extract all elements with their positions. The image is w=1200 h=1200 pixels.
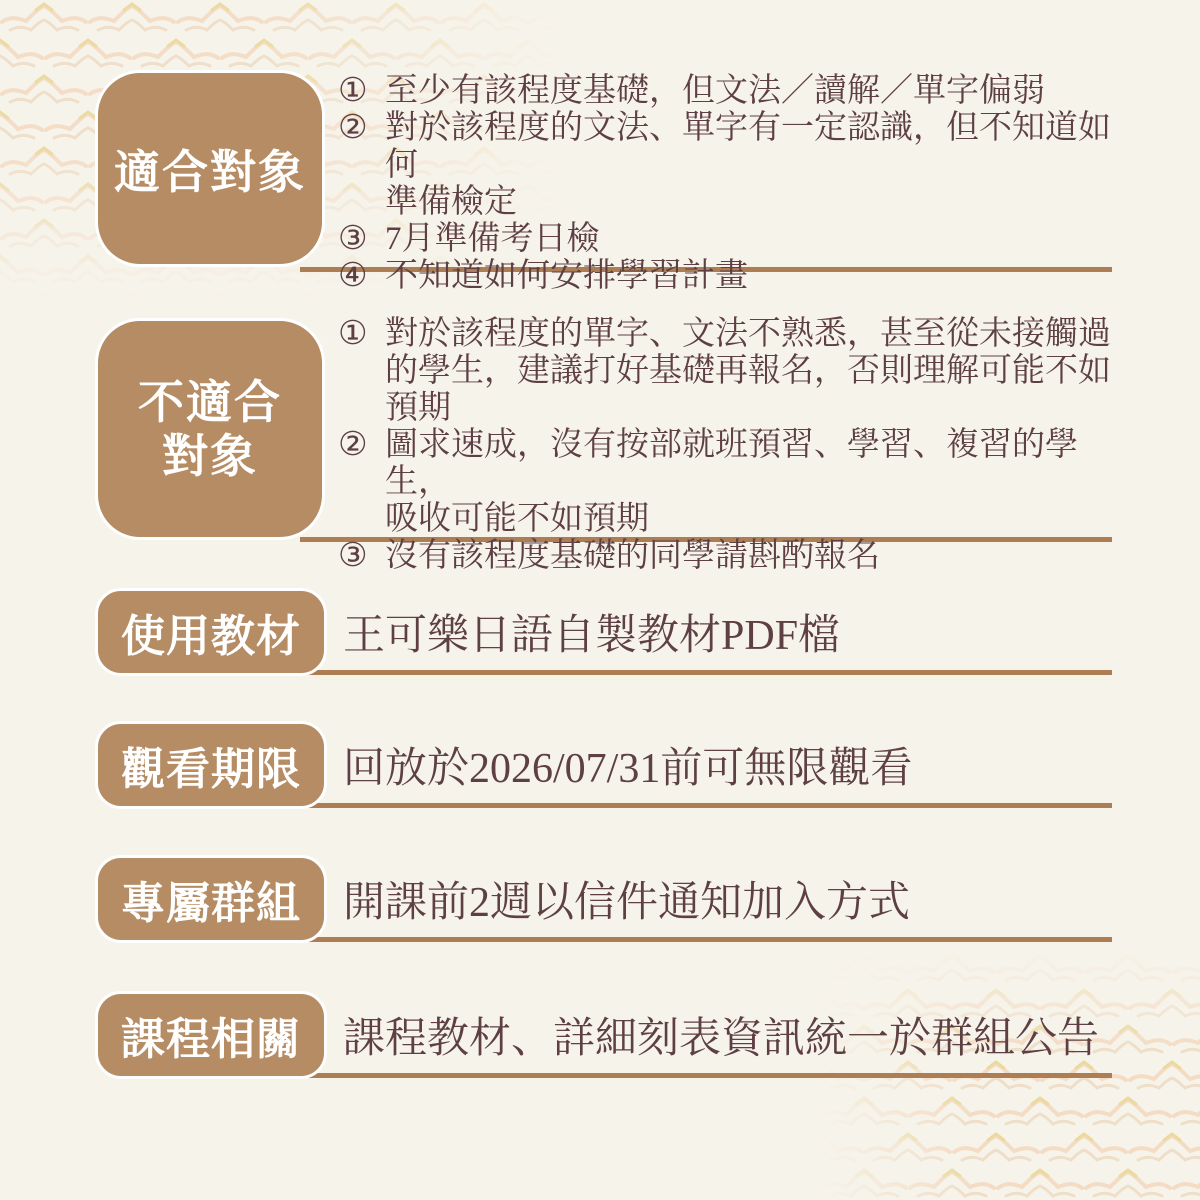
item-number: ③ <box>338 221 385 258</box>
list-item: ① 至少有該程度基礎，但文法／讀解／單字偏弱 <box>338 73 1120 110</box>
infographic-canvas: 適合對象 ① 至少有該程度基礎，但文法／讀解／單字偏弱 ② 對於該程度的文法、單… <box>0 0 1200 1200</box>
section-label-not-suitable-line2: 對象 <box>162 429 258 483</box>
section-label-suitable: 適合對象 <box>114 136 306 202</box>
item-line: 吸收可能不如預期 <box>385 501 1120 538</box>
item-number: ③ <box>338 538 385 575</box>
section-label-course-related: 課程相關 <box>121 1003 301 1067</box>
list-item: ① 對於該程度的單字、文法不熟悉，甚至從未接觸過 的學生，建議打好基礎再報名，否… <box>338 316 1120 427</box>
item-line: 不知道如何安排學習計畫 <box>385 258 1120 295</box>
course-related-content: 課程教材、詳細刻表資訊統一於群組公告 <box>343 991 1113 1079</box>
item-line: 7月準備考日檢 <box>385 221 1120 258</box>
section-label-exclusive-group: 專屬群組 <box>121 867 301 931</box>
materials-content: 王可樂日語自製教材PDF檔 <box>343 588 1113 676</box>
label-box-materials: 使用教材 <box>95 588 327 676</box>
label-box-not-suitable: 不適合 對象 <box>95 318 325 540</box>
label-box-course-related: 課程相關 <box>95 991 327 1079</box>
suitable-list: ① 至少有該程度基礎，但文法／讀解／單字偏弱 ② 對於該程度的文法、單字有一定認… <box>338 73 1120 295</box>
list-item: ② 對於該程度的文法、單字有一定認識，但不知道如何 準備檢定 <box>338 110 1120 221</box>
viewing-period-content: 回放於2026/07/31前可無限觀看 <box>343 721 1113 809</box>
exclusive-group-content: 開課前2週以信件通知加入方式 <box>343 855 1113 943</box>
item-line: 的學生，建議打好基礎再報名，否則理解可能不如 <box>385 353 1120 390</box>
list-item: ② 圖求速成，沒有按部就班預習、學習、複習的學生， 吸收可能不如預期 <box>338 427 1120 538</box>
item-line: 準備檢定 <box>385 184 1120 221</box>
item-number: ④ <box>338 258 385 295</box>
item-line: 圖求速成，沒有按部就班預習、學習、複習的學生， <box>385 427 1120 501</box>
section-label-materials: 使用教材 <box>121 600 301 664</box>
section-label-not-suitable-line1: 不適合 <box>138 375 282 429</box>
item-number: ① <box>338 316 385 353</box>
item-number: ① <box>338 73 385 110</box>
item-line: 至少有該程度基礎，但文法／讀解／單字偏弱 <box>385 73 1120 110</box>
section-label-viewing-period: 觀看期限 <box>121 733 301 797</box>
item-number: ② <box>338 110 385 147</box>
list-item: ③ 7月準備考日檢 <box>338 221 1120 258</box>
list-item: ③ 沒有該程度基礎的同學請斟酌報名 <box>338 538 1120 575</box>
item-line: 對於該程度的單字、文法不熟悉，甚至從未接觸過 <box>385 316 1120 353</box>
label-box-viewing-period: 觀看期限 <box>95 721 327 809</box>
list-item: ④ 不知道如何安排學習計畫 <box>338 258 1120 295</box>
label-box-suitable: 適合對象 <box>95 70 325 267</box>
not-suitable-list: ① 對於該程度的單字、文法不熟悉，甚至從未接觸過 的學生，建議打好基礎再報名，否… <box>338 316 1120 575</box>
item-line: 對於該程度的文法、單字有一定認識，但不知道如何 <box>385 110 1120 184</box>
item-line: 沒有該程度基礎的同學請斟酌報名 <box>385 538 1120 575</box>
item-line: 預期 <box>385 390 1120 427</box>
label-box-exclusive-group: 專屬群組 <box>95 855 327 943</box>
item-number: ② <box>338 427 385 464</box>
